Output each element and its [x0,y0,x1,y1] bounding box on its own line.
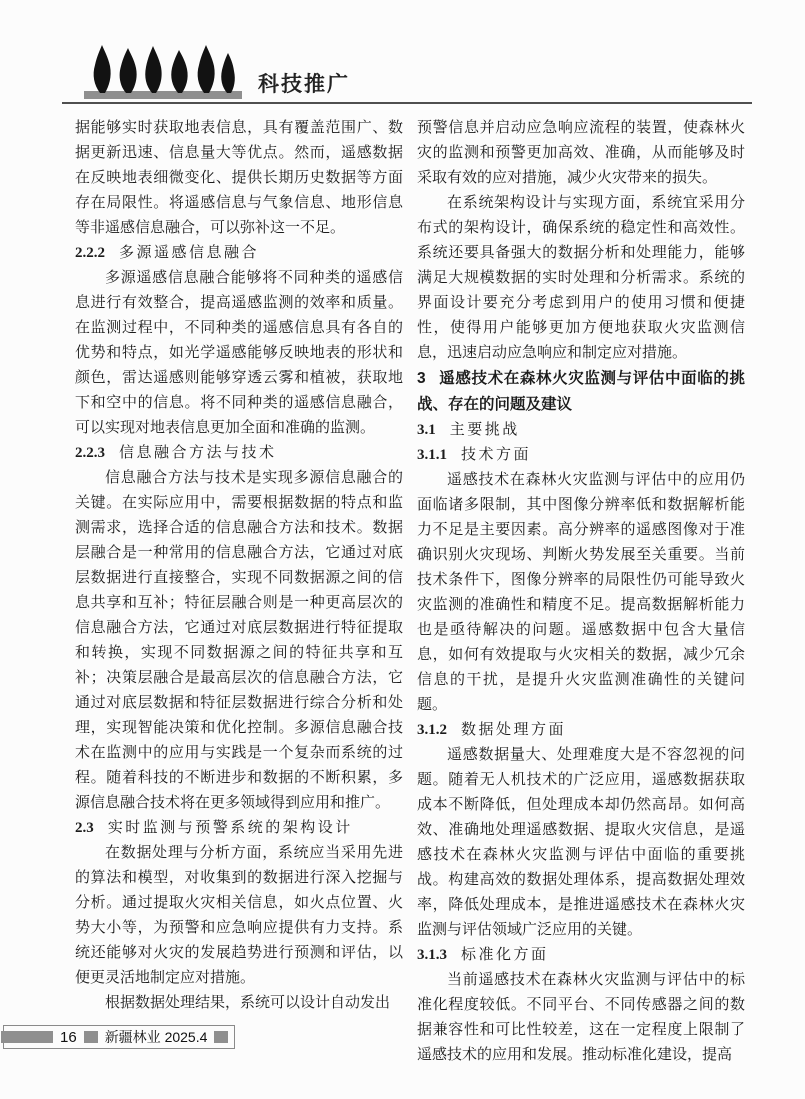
paragraph: 当前遥感技术在森林火灾监测与评估中的标准化程度较低。不同平台、不同传感器之间的数… [417,968,745,1068]
paragraph: 遥感技术在森林火灾监测与评估中的应用仍面临诸多限制，其中图像分辨率低和数据解析能… [417,468,745,718]
header-rule [62,102,752,104]
paragraph: 根据数据处理结果，系统可以设计自动发出 [75,991,403,1016]
heading-number: 3.1.1 [417,447,447,463]
heading-number: 2.2.3 [75,445,105,461]
section-heading-2-2-2: 2.2.2多源遥感信息融合 [75,241,403,266]
footer-square-icon [214,1031,228,1043]
heading-title: 技术方面 [461,447,531,463]
page-header: 科技推广 [84,42,350,102]
footer-square-icon [84,1031,98,1043]
heading-number: 2.2.2 [75,245,105,261]
heading-number: 3.1.2 [417,722,447,738]
heading-title: 遥感技术在森林火灾监测与评估中面临的挑战、存在的问题及建议 [417,370,745,413]
heading-number: 3.1.3 [417,947,447,963]
right-column: 预警信息并启动应急响应流程的装置，使森林火灾的监测和预警更加高效、准确，从而能够… [417,116,745,1068]
paragraph: 据能够实时获取地表信息，具有覆盖范围广、数据更新迅速、信息量大等优点。然而，遥感… [75,116,403,241]
journal-page: { "meta": { "page_background": "#fcfcfc"… [0,0,805,1099]
article-body: 据能够实时获取地表信息，具有覆盖范围广、数据更新迅速、信息量大等优点。然而，遥感… [75,116,745,1068]
heading-number: 3.1 [417,422,436,438]
journal-name: 新疆林业 2025.4 [105,1027,208,1047]
section-heading-3: 3遥感技术在森林火灾监测与评估中面临的挑战、存在的问题及建议 [417,366,745,418]
footer-bar [1,1031,53,1043]
footer-box: 16 新疆林业 2025.4 [3,1025,235,1049]
heading-number: 2.3 [75,820,94,836]
paragraph: 遥感数据量大、处理难度大是不容忽视的问题。随着无人机技术的广泛应用，遥感数据获取… [417,743,745,943]
paragraph: 预警信息并启动应急响应流程的装置，使森林火灾的监测和预警更加高效、准确，从而能够… [417,116,745,191]
section-heading-3-1-2: 3.1.2数据处理方面 [417,718,745,743]
section-heading-3-1-1: 3.1.1技术方面 [417,443,745,468]
section-heading-3-1-3: 3.1.3标准化方面 [417,943,745,968]
page-number: 16 [60,1029,77,1046]
paragraph: 多源遥感信息融合能够将不同种类的遥感信息进行有效整合，提高遥感监测的效率和质量。… [75,266,403,441]
paragraph: 在系统架构设计与实现方面，系统宜采用分布式的架构设计，确保系统的稳定性和高效性。… [417,191,745,366]
page-footer: 16 新疆林业 2025.4 [0,1025,235,1049]
heading-title: 主要挑战 [450,422,520,438]
section-heading-2-2-3: 2.2.3信息融合方法与技术 [75,441,403,466]
trees-logo-icon [84,42,246,102]
heading-title: 标准化方面 [461,947,549,963]
heading-title: 多源遥感信息融合 [119,245,259,261]
heading-title: 信息融合方法与技术 [119,445,277,461]
heading-title: 数据处理方面 [461,722,566,738]
heading-number: 3 [417,370,426,387]
page: 科技推广 据能够实时获取地表信息，具有覆盖范围广、数据更新迅速、信息量大等优点。… [0,0,805,1099]
section-heading-3-1: 3.1主要挑战 [417,418,745,443]
section-label: 科技推广 [258,68,350,102]
heading-title: 实时监测与预警系统的架构设计 [108,820,353,836]
paragraph: 信息融合方法与技术是实现多源信息融合的关键。在实际应用中，需要根据数据的特点和监… [75,466,403,816]
section-heading-2-3: 2.3实时监测与预警系统的架构设计 [75,816,403,841]
paragraph: 在数据处理与分析方面，系统应当采用先进的算法和模型，对收集到的数据进行深入挖掘与… [75,841,403,991]
left-column: 据能够实时获取地表信息，具有覆盖范围广、数据更新迅速、信息量大等优点。然而，遥感… [75,116,403,1068]
